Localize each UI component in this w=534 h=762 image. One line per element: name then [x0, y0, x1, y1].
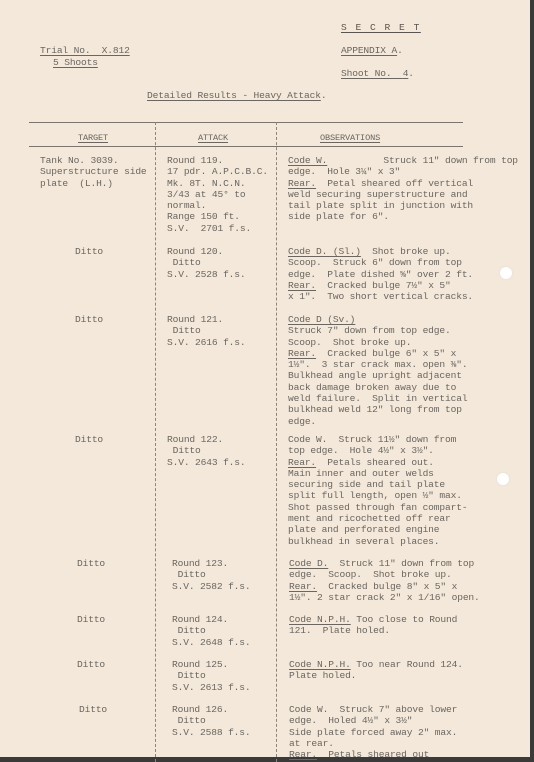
observations-cell: Code W. Struck 11" down from top edge. H…	[288, 155, 518, 223]
observation-code: Code N.P.H.	[289, 659, 351, 670]
page-title-suffix: .	[321, 90, 327, 101]
attack-cell: Round 125. Ditto S.V. 2613 f.s.	[172, 659, 251, 693]
observations-cell: Code W. Struck 11½" down from top edge. …	[288, 434, 467, 547]
shots-count: 5 Shoots	[53, 57, 98, 68]
observation-rear-label: Rear.	[288, 280, 316, 291]
observations-cell: Code W. Struck 7" above lower edge. Hole…	[289, 704, 457, 760]
shoot-number-label: Shoot No. 4.	[341, 68, 414, 79]
observation-rear-text: Petals sheared out	[317, 749, 429, 760]
attack-cell: Round 126. Ditto S.V. 2588 f.s.	[172, 704, 251, 738]
observations-cell: Code N.P.H. Too close to Round 121. Plat…	[289, 614, 457, 637]
target-cell: Tank No. 3039. Superstructure side plate…	[40, 155, 147, 189]
observations-cell: Code D. (Sl.) Shot broke up. Scoop. Stru…	[288, 246, 473, 302]
observation-rear-label: Rear.	[289, 581, 317, 592]
observations-cell: Code N.P.H. Too near Round 124. Plate ho…	[289, 659, 463, 682]
observation-rear-label: Rear.	[288, 348, 316, 359]
document-page: S E C R E T Trial No. X.812 5 Shoots APP…	[0, 0, 530, 757]
punch-hole	[497, 473, 509, 485]
target-cell: Ditto	[75, 434, 103, 445]
shoot-label: Shoot No. 4	[341, 68, 408, 79]
observation-text: Struck 7" down from top edge. Scoop. Sho…	[288, 325, 451, 347]
observations-cell: Code D. Struck 11" down from top edge. S…	[289, 558, 480, 603]
observation-rear-text: Petal sheared off vertical weld securing…	[288, 178, 473, 223]
observation-rear-text: Petals sheared out. Main inner and outer…	[288, 457, 467, 547]
observation-rear-label: Rear.	[289, 749, 317, 760]
observation-code: Code N.P.H.	[289, 614, 351, 625]
appendix-suffix: .	[397, 45, 403, 56]
observation-code: Code W.	[288, 155, 327, 166]
appendix-label: APPENDIX A.	[341, 45, 403, 56]
observation-text: Code W. Struck 7" above lower edge. Hole…	[289, 704, 457, 749]
observation-code: Code D (Sv.)	[288, 314, 355, 325]
observation-rear-text: Cracked bulge 7½" x 5" x 1". Two short v…	[288, 280, 473, 302]
column-header-target: TARGET	[78, 133, 108, 144]
classification-label: S E C R E T	[341, 22, 421, 33]
shoot-suffix: .	[408, 68, 414, 79]
attack-cell: Round 122. Ditto S.V. 2643 f.s.	[167, 434, 246, 468]
table-header-rule	[29, 146, 463, 147]
observation-rear-text: Cracked bulge 8" x 5" x 1½". 2 star crac…	[289, 581, 480, 603]
column-divider-2	[276, 122, 277, 760]
target-cell: Ditto	[75, 246, 103, 257]
observation-text: Code W. Struck 11½" down from top edge. …	[288, 434, 456, 456]
observation-rear-label: Rear.	[288, 457, 316, 468]
observation-code: Code D.	[289, 558, 328, 569]
attack-cell: Round 120. Ditto S.V. 2528 f.s.	[167, 246, 246, 280]
attack-cell: Round 119. 17 pdr. A.P.C.B.C. Mk. 8T. N.…	[167, 155, 268, 234]
column-divider-1	[155, 122, 156, 760]
target-cell: Ditto	[79, 704, 107, 715]
attack-cell: Round 123. Ditto S.V. 2582 f.s.	[172, 558, 251, 592]
page-title: Detailed Results - Heavy Attack.	[147, 90, 326, 101]
target-cell: Ditto	[77, 558, 105, 569]
observations-cell: Code D (Sv.) Struck 7" down from top edg…	[288, 314, 467, 427]
shoot-label-text: Shoot No.	[341, 68, 403, 79]
punch-hole	[500, 267, 512, 279]
trial-number: Trial No. X.812	[40, 45, 130, 56]
column-header-observations: OBSERVATIONS	[320, 133, 380, 144]
page-title-text: Detailed Results - Heavy Attack	[147, 90, 321, 101]
observation-code: Code D. (Sl.)	[288, 246, 361, 257]
target-cell: Ditto	[77, 614, 105, 625]
target-cell: Ditto	[77, 659, 105, 670]
attack-cell: Round 121. Ditto S.V. 2616 f.s.	[167, 314, 246, 348]
appendix-text: APPENDIX A	[341, 45, 397, 56]
attack-cell: Round 124. Ditto S.V. 2648 f.s.	[172, 614, 251, 648]
observation-rear-label: Rear.	[288, 178, 316, 189]
column-header-attack: ATTACK	[198, 133, 228, 144]
target-cell: Ditto	[75, 314, 103, 325]
table-top-rule	[29, 122, 463, 123]
observation-rear-text: Cracked bulge 6" x 5" x 1½". 3 star crac…	[288, 348, 467, 427]
